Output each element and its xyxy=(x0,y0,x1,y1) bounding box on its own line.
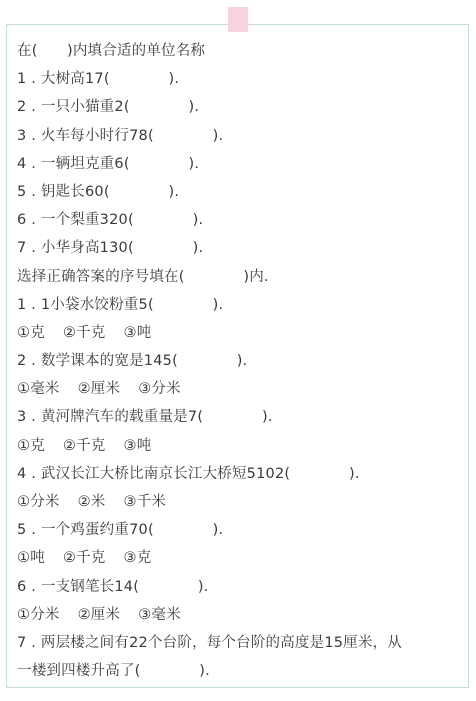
s1-question-2: 2 . 一只小猫重2( ). xyxy=(17,93,467,121)
s1-question-3: 3 . 火车每小时行78( ). xyxy=(17,122,467,150)
section2-title: 选择正确答案的序号填在( )内. xyxy=(17,263,467,291)
answer-blank[interactable]: ( ). xyxy=(148,122,223,150)
option[interactable]: ②千克 xyxy=(63,544,106,572)
s1-question-5: 5 . 钥匙长60( ). xyxy=(17,178,467,206)
option[interactable]: ①克 xyxy=(17,432,45,460)
answer-blank[interactable]: ( ). xyxy=(128,206,203,234)
worksheet-content: 在( )内填合适的单位名称 1 . 大树高17( ). 2 . 一只小猫重2( … xyxy=(17,37,467,685)
s2-question-1: 1 . 1小袋水饺粉重5( ). xyxy=(17,291,467,319)
s2-options-6: ①分米②厘米③毫米 xyxy=(17,601,467,629)
answer-blank[interactable]: ( ). xyxy=(104,65,179,93)
option[interactable]: ②厘米 xyxy=(78,601,121,629)
s1-question-1: 1 . 大树高17( ). xyxy=(17,65,467,93)
answer-blank[interactable]: ( ). xyxy=(148,516,223,544)
s2-options-4: ①分米②米③千米 xyxy=(17,488,467,516)
answer-blank[interactable]: ( ). xyxy=(135,657,210,685)
s2-question-6: 6 . 一支钢笔长14( ). xyxy=(17,573,467,601)
s2-options-2: ①毫米②厘米③分米 xyxy=(17,375,467,403)
option[interactable]: ③千米 xyxy=(124,488,167,516)
s2-question-7-cont: 一楼到四楼升高了( ). xyxy=(17,657,467,685)
answer-blank[interactable]: ( ). xyxy=(128,234,203,262)
answer-blank[interactable]: ( ). xyxy=(124,93,199,121)
s2-question-7: 7 . 两层楼之间有22个台阶，每个台阶的高度是15厘米，从 xyxy=(17,629,467,657)
option[interactable]: ②米 xyxy=(78,488,106,516)
option[interactable]: ③分米 xyxy=(138,375,181,403)
s2-question-4: 4 . 武汉长江大桥比南京长江大桥短5102( ). xyxy=(17,460,467,488)
option[interactable]: ③克 xyxy=(124,544,152,572)
s1-question-7: 7 . 小华身高130( ). xyxy=(17,234,467,262)
s2-question-5: 5 . 一个鸡蛋约重70( ). xyxy=(17,516,467,544)
s2-options-3: ①克②千克③吨 xyxy=(17,432,467,460)
answer-blank[interactable]: ( ). xyxy=(124,150,199,178)
option[interactable]: ③吨 xyxy=(124,319,152,347)
s1-question-6: 6 . 一个梨重320( ). xyxy=(17,206,467,234)
option[interactable]: ②千克 xyxy=(63,432,106,460)
answer-blank[interactable]: ( ). xyxy=(148,291,223,319)
option[interactable]: ①克 xyxy=(17,319,45,347)
answer-blank[interactable]: ( ). xyxy=(284,460,359,488)
s2-question-3: 3 . 黄河牌汽车的载重量是7( ). xyxy=(17,403,467,431)
option[interactable]: ③吨 xyxy=(124,432,152,460)
option[interactable]: ①毫米 xyxy=(17,375,60,403)
option[interactable]: ①分米 xyxy=(17,601,60,629)
s2-options-1: ①克②千克③吨 xyxy=(17,319,467,347)
s2-question-2: 2 . 数学课本的宽是145( ). xyxy=(17,347,467,375)
option[interactable]: ③毫米 xyxy=(138,601,181,629)
option[interactable]: ①吨 xyxy=(17,544,45,572)
pink-decoration-tab xyxy=(228,7,248,32)
option[interactable]: ①分米 xyxy=(17,488,60,516)
s2-options-5: ①吨②千克③克 xyxy=(17,544,467,572)
answer-blank[interactable]: ( ). xyxy=(172,347,247,375)
answer-blank[interactable]: ( ). xyxy=(197,403,272,431)
answer-blank[interactable]: ( ). xyxy=(104,178,179,206)
answer-blank[interactable]: ( ). xyxy=(133,573,208,601)
option[interactable]: ②厘米 xyxy=(78,375,121,403)
section1-title: 在( )内填合适的单位名称 xyxy=(17,37,467,65)
option[interactable]: ②千克 xyxy=(63,319,106,347)
s1-question-4: 4 . 一辆坦克重6( ). xyxy=(17,150,467,178)
